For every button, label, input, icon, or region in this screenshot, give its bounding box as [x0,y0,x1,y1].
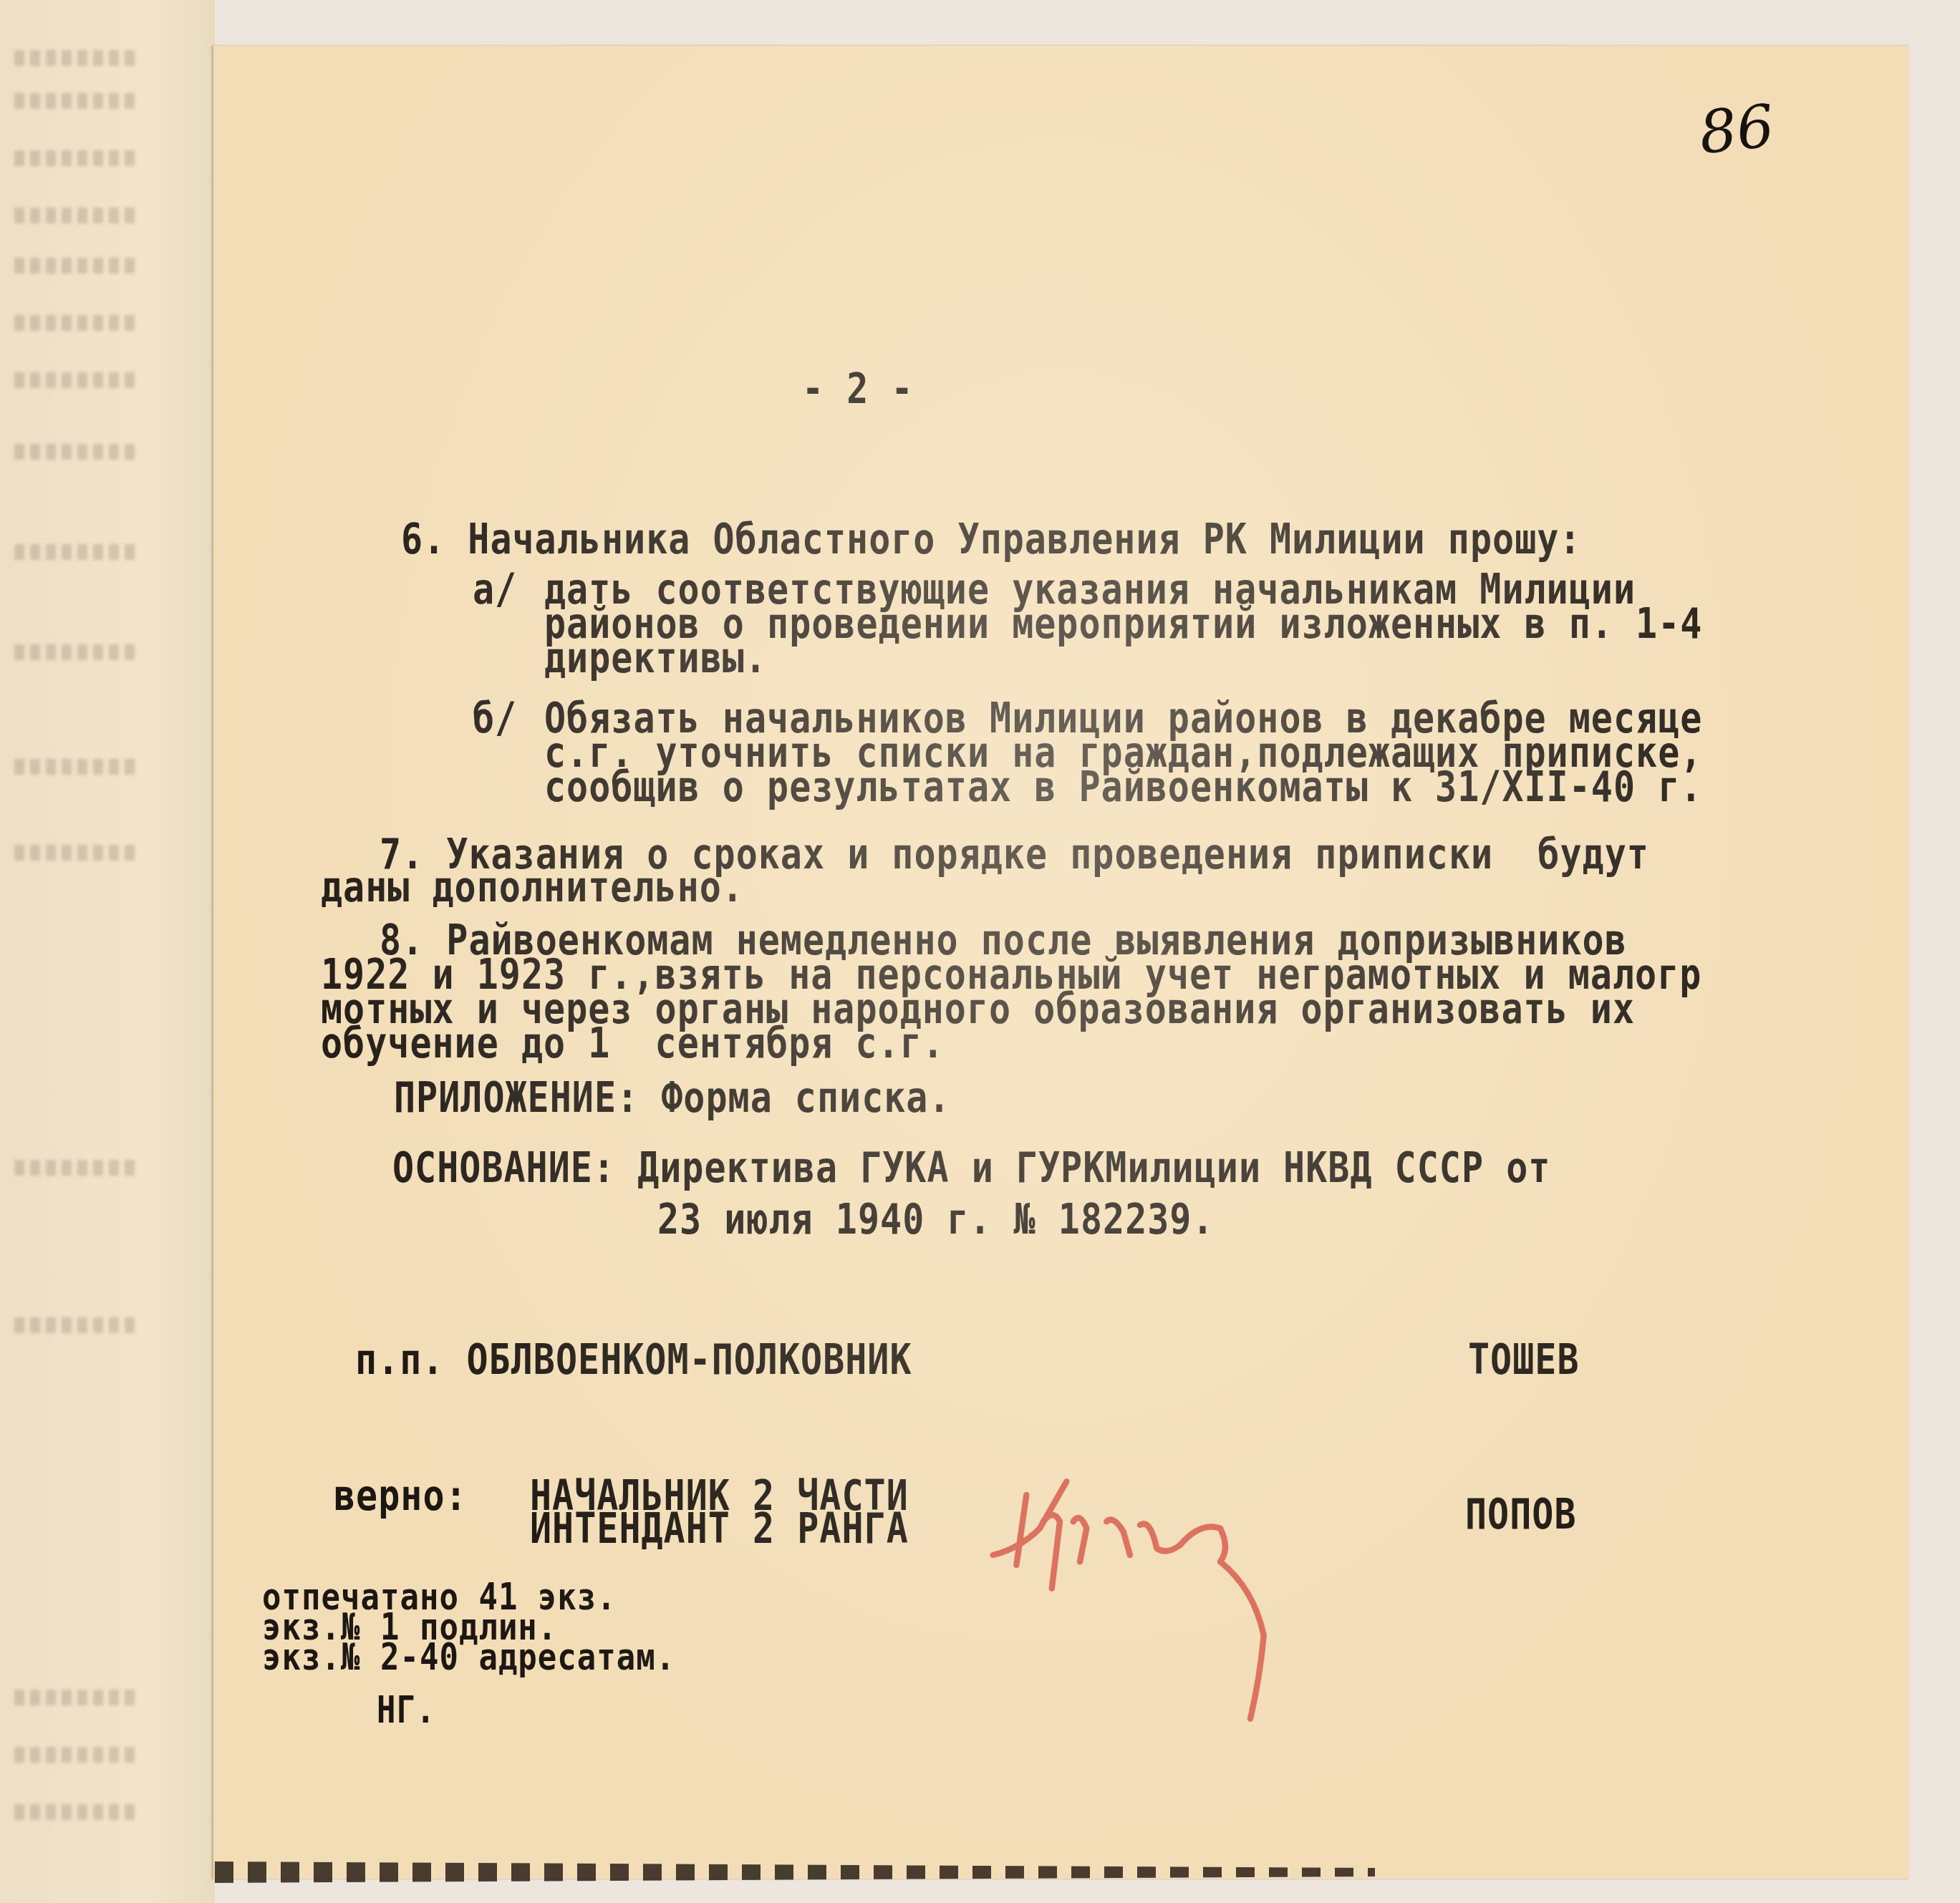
bleed-through-text [14,1160,136,1176]
item7-line2: даны дополнительно. [321,868,744,906]
underlying-previous-page [0,0,215,1903]
item6-b-marker: б/ [473,699,517,737]
bleed-through-text [14,1690,136,1705]
item6-b-line3: сообщив о результатах в Райвоенкоматы к … [544,768,1702,806]
bleed-through-text [14,444,136,460]
signatory1-title: п.п. ОБЛВОЕНКОМ-ПОЛКОВНИК [355,1340,912,1379]
basis-line1: ОСНОВАНИЕ: Директива ГУКА и ГУРКМилиции … [392,1148,1550,1187]
bleed-through-text [14,315,136,331]
item6-heading: 6. Начальника Областного Управления РК М… [401,520,1581,558]
bleed-through-text [14,759,136,775]
certified-label: верно: [334,1476,468,1515]
item8-line4: обучение до 1 сентября с.г. [321,1024,945,1062]
bleed-through-text [14,845,136,861]
distribution-line3: экз.№ 2-40 адресатам. [262,1638,675,1677]
bleed-through-text [14,1747,136,1763]
typist-initials: НГ. [377,1691,435,1730]
red-handwritten-signature [980,1452,1280,1738]
bleed-through-text [14,208,136,223]
perforated-bottom-edge [215,1861,1375,1883]
bleed-through-text [14,93,136,109]
bleed-through-text [14,50,136,66]
bleed-through-text [14,1317,136,1333]
bleed-through-text [14,372,136,388]
item6-a-line3: директивы. [544,639,767,677]
page-header: - 2 - [802,369,914,408]
bleed-through-text [14,544,136,560]
archive-sheet-number: 86 [1696,92,1777,168]
bleed-through-text [14,258,136,273]
signatory1-name: ТОШЕВ [1468,1340,1580,1379]
bleed-through-text [14,1804,136,1820]
bleed-through-text [14,150,136,166]
attachment-line: ПРИЛОЖЕНИЕ: Форма списка. [394,1078,951,1117]
certified-title-line2: ИНТЕНДАНТ 2 РАНГА [530,1509,909,1548]
item6-a-marker: а/ [473,570,517,609]
bleed-through-text [14,644,136,660]
certified-name: ПОПОВ [1465,1495,1577,1534]
basis-line2: 23 июля 1940 г. № 182239. [657,1200,1215,1239]
